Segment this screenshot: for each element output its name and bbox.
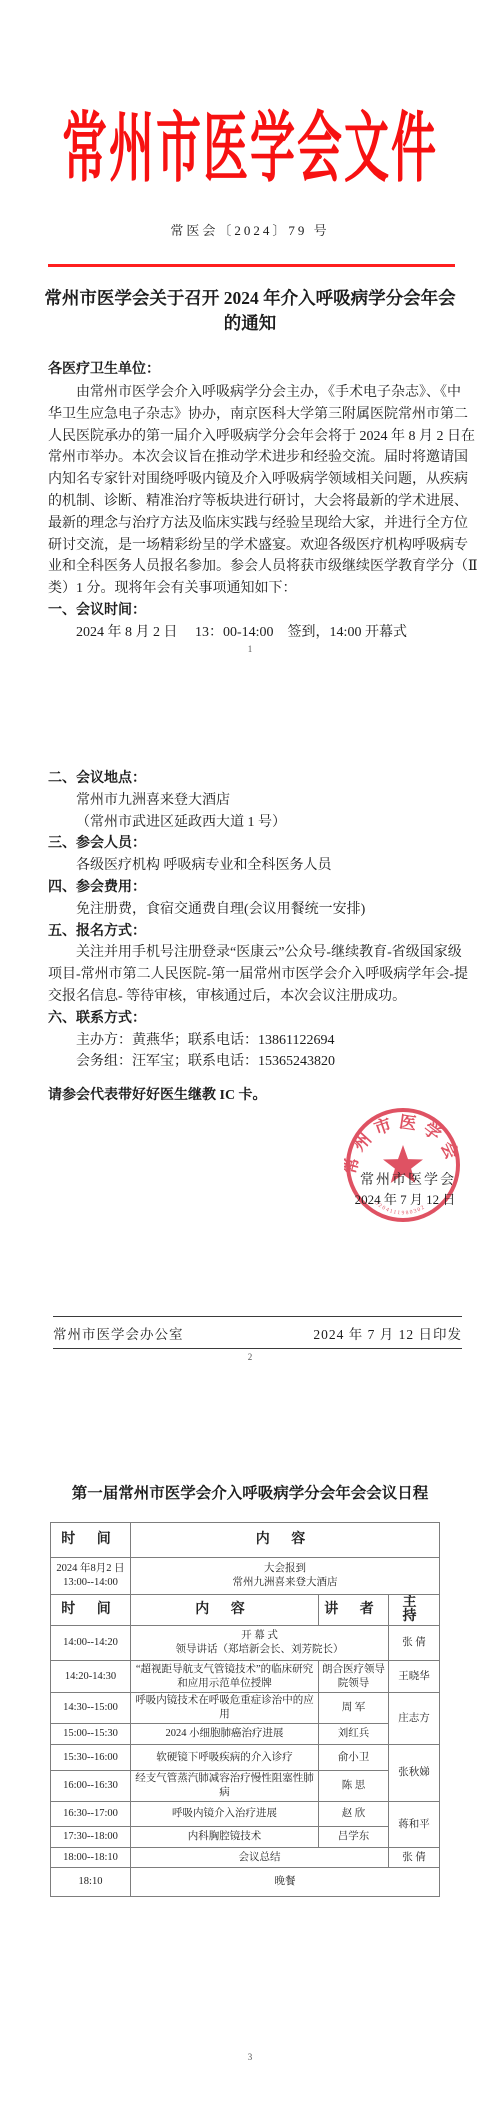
page2-number: 2 [0, 1352, 500, 1362]
registration-time: 13:00--14:00 [54, 1576, 127, 1590]
cell-time: 17:30--18:00 [51, 1827, 131, 1848]
body-line: 研讨交流，是一场精彩纷呈的学术盛宴。欢迎各级医疗机构呼吸病专 [48, 535, 458, 557]
section4-line: 免注册费，食宿交通费自理(会议用餐统一安排) [48, 899, 458, 921]
cell-host: 王晓华 [389, 1661, 440, 1693]
table-row: 18:10 晚餐 [51, 1868, 440, 1897]
notice-title-line2: 的通知 [20, 311, 480, 336]
cell-content: 大会报到 常州九洲喜来登大酒店 [131, 1558, 440, 1595]
table-row: 15:30--16:00 软硬镜下呼吸疾病的介入诊疗 俞小卫 张秋娣 [51, 1745, 440, 1771]
cell-header-content: 内 容 [131, 1523, 440, 1558]
footer-top-rule [53, 1316, 462, 1317]
section1-heading: 一、会议时间： [48, 600, 458, 622]
cell-content: 经支气管蒸汽肺减容治疗慢性阻塞性肺病 [131, 1771, 319, 1802]
section5-line: 关注并用手机号注册登录“医康云”公众号-继续教育-省级国家级 [48, 942, 458, 964]
cell-content: 开 幕 式 领导讲话（郑培新会长、刘芳院长） [131, 1626, 389, 1661]
table-row: 14:30--15:00 呼吸内镜技术在呼吸危重症诊治中的应用 周 军 庄志方 [51, 1693, 440, 1724]
cell-header-time: 时 间 [51, 1523, 131, 1558]
page1-number: 1 [0, 644, 500, 654]
section6-heading: 六、联系方式： [48, 1008, 458, 1030]
section4-heading: 四、参会费用： [48, 877, 458, 899]
cell-host: 张 倩 [389, 1848, 440, 1868]
table-row: 16:30--17:00 呼吸内镜介入治疗进展 赵 欣 蒋和平 [51, 1802, 440, 1827]
cell-host: 庄志方 [389, 1693, 440, 1745]
table-row: 17:30--18:00 内科胸腔镜技术 吕学东 [51, 1827, 440, 1848]
cell-time: 16:30--17:00 [51, 1802, 131, 1827]
registration-date: 2024 年8月2 日 [54, 1562, 127, 1576]
table-row: 2024 年8月2 日 13:00--14:00 大会报到 常州九洲喜来登大酒店 [51, 1558, 440, 1595]
table-row: 15:00--15:30 2024 小细胞肺癌治疗进展 刘红兵 [51, 1724, 440, 1745]
salutation: 各医疗卫生单位： [48, 358, 160, 378]
body-line: 最新的理念与治疗方法及临床实践与经验呈现给大家，并进行全方位 [48, 513, 458, 535]
footer-office: 常州市医学会办公室 [53, 1323, 184, 1343]
notice-sections: 二、会议地点： 常州市九洲喜来登大酒店 （常州市武进区延政西大道 1 号） 三、… [48, 768, 458, 1107]
registration-title: 大会报到 [134, 1562, 436, 1576]
body-line: 类）1 分。现将年会有关事项通知如下： [48, 578, 458, 600]
section1-content: 2024 年 8 月 2 日 13：00-14:00 签到，14:00 开幕式 [48, 622, 458, 644]
cell-host: 张秋娣 [389, 1745, 440, 1802]
cell-speaker: 赵 欣 [319, 1802, 389, 1827]
cell-header-host: 主 持 [389, 1595, 440, 1626]
cell-content: 内科胸腔镜技术 [131, 1827, 319, 1848]
cell-content: 呼吸内镜介入治疗进展 [131, 1802, 319, 1827]
cell-time: 18:10 [51, 1868, 131, 1897]
table-row: 18:00--18:10 会议总结 张 倩 [51, 1848, 440, 1868]
document-page: 常州市医学会文件 常医会〔2024〕79 号 常州市医学会关于召开 2024 年… [0, 0, 500, 2122]
schedule-table: 时 间 内 容 2024 年8月2 日 13:00--14:00 大会报到 常州… [50, 1522, 440, 1897]
table-row: 14:00--14:20 开 幕 式 领导讲话（郑培新会长、刘芳院长） 张 倩 [51, 1626, 440, 1661]
notice-title-line1: 常州市医学会关于召开 2024 年介入呼吸病学分会年会 [20, 286, 480, 311]
cell-speaker: 朗合医疗领导 院领导 [319, 1661, 389, 1693]
body-line: 人民医院承办的第一届介入呼吸病学分会年会将于 2024 年 8 月 2 日在 [48, 426, 458, 448]
cell-content: 晚餐 [131, 1868, 440, 1897]
table-row: 时 间 内 容 讲 者 主 持 [51, 1595, 440, 1626]
speaker-line: 院领导 [322, 1677, 385, 1691]
letterhead-title: 常州市医学会文件 [0, 86, 500, 197]
cell-time: 2024 年8月2 日 13:00--14:00 [51, 1558, 131, 1595]
cell-speaker: 吕学东 [319, 1827, 389, 1848]
body-line: 的机制、诊断、精准治疗等板块进行研讨，大会将最新的学术进展、 [48, 491, 458, 513]
body-line: 华卫生应急电子杂志》协办，南京医科大学第三附属医院常州市第二 [48, 404, 458, 426]
cell-speaker: 陈 思 [319, 1771, 389, 1802]
table-row: 14:20-14:30 “超视距导航支气管镜技术”的临床研究和应用示范单位授牌 … [51, 1661, 440, 1693]
body-line: 业和全科医务人员报名参加。参会人员将获市级继续医学教育学分（Ⅱ [48, 556, 458, 578]
page3-number: 3 [0, 2052, 500, 2062]
table-row: 16:00--16:30 经支气管蒸汽肺减容治疗慢性阻塞性肺病 陈 思 [51, 1771, 440, 1802]
body-line: 常州市举办。本次会议旨在推动学术进步和经验交流。届时将邀请国 [48, 447, 458, 469]
section5-line: 交报名信息- 等待审核，审核通过后，本次会议注册成功。 [48, 986, 458, 1008]
cell-header-content: 内 容 [131, 1595, 319, 1626]
cell-content: 会议总结 [131, 1848, 389, 1868]
footer-bottom-rule [53, 1348, 462, 1349]
cell-content: 2024 小细胞肺癌治疗进展 [131, 1724, 319, 1745]
footer-row: 常州市医学会办公室 2024 年 7 月 12 日印发 [53, 1323, 462, 1343]
section5-heading: 五、报名方式： [48, 921, 458, 943]
cell-time: 15:30--16:00 [51, 1745, 131, 1771]
cell-time: 16:00--16:30 [51, 1771, 131, 1802]
notice-body: 由常州市医学会介入呼吸病学分会主办，《手术电子杂志》、《中 华卫生应急电子杂志》… [48, 382, 458, 644]
section6-line: 主办方：黄燕华；联系电话：13861122694 [48, 1030, 458, 1052]
cell-header-time: 时 间 [51, 1595, 131, 1626]
table-row: 时 间 内 容 [51, 1523, 440, 1558]
section5-line: 项目-常州市第二人民医院-第一届常州市医学会介入呼吸病学年会-提 [48, 964, 458, 986]
cell-speaker: 刘红兵 [319, 1724, 389, 1745]
cell-host: 蒋和平 [389, 1802, 440, 1848]
body-line: 内知名专家针对围绕呼吸内镜及介入呼吸病学领域相关问题，从疾病 [48, 469, 458, 491]
speaker-line: 朗合医疗领导 [322, 1663, 385, 1677]
footer-print-date: 2024 年 7 月 12 日印发 [313, 1323, 462, 1343]
section2-line: （常州市武进区延政西大道 1 号） [48, 812, 458, 834]
cell-host: 张 倩 [389, 1626, 440, 1661]
leaders-speech: 领导讲话（郑培新会长、刘芳院长） [134, 1643, 385, 1657]
section6-line: 会务组：汪军宝；联系电话：15365243820 [48, 1051, 458, 1073]
notice-title: 常州市医学会关于召开 2024 年介入呼吸病学分会年会 的通知 [20, 286, 480, 336]
body-line: 由常州市医学会介入呼吸病学分会主办，《手术电子杂志》、《中 [48, 382, 458, 404]
section3-line: 各级医疗机构 呼吸病专业和全科医务人员 [48, 855, 458, 877]
cell-time: 14:00--14:20 [51, 1626, 131, 1661]
signature-organization: 常州市医学会 [343, 1169, 473, 1189]
cell-time: 18:00--18:10 [51, 1848, 131, 1868]
cell-time: 15:00--15:30 [51, 1724, 131, 1745]
cell-content: 软硬镜下呼吸疾病的介入诊疗 [131, 1745, 319, 1771]
schedule-title: 第一届常州市医学会介入呼吸病学分会年会会议日程 [0, 1481, 500, 1503]
cell-header-speaker: 讲 者 [319, 1595, 389, 1626]
opening-ceremony: 开 幕 式 [134, 1629, 385, 1643]
cell-speaker: 周 军 [319, 1693, 389, 1724]
section2-line: 常州市九洲喜来登大酒店 [48, 790, 458, 812]
blank-line [48, 1073, 458, 1085]
cell-content: 呼吸内镜技术在呼吸危重症诊治中的应用 [131, 1693, 319, 1724]
cell-time: 14:30--15:00 [51, 1693, 131, 1724]
red-divider-rule [48, 264, 455, 267]
signature-date: 2024 年 7 月 12 日 [330, 1189, 480, 1208]
cell-time: 14:20-14:30 [51, 1661, 131, 1693]
cell-content: “超视距导航支气管镜技术”的临床研究和应用示范单位授牌 [131, 1661, 319, 1693]
document-number: 常医会〔2024〕79 号 [0, 220, 500, 239]
cell-speaker: 俞小卫 [319, 1745, 389, 1771]
section3-heading: 三、参会人员： [48, 833, 458, 855]
section2-heading: 二、会议地点： [48, 768, 458, 790]
registration-venue: 常州九洲喜来登大酒店 [134, 1576, 436, 1590]
reminder-line: 请参会代表带好好医生继教 IC 卡。 [48, 1085, 458, 1107]
